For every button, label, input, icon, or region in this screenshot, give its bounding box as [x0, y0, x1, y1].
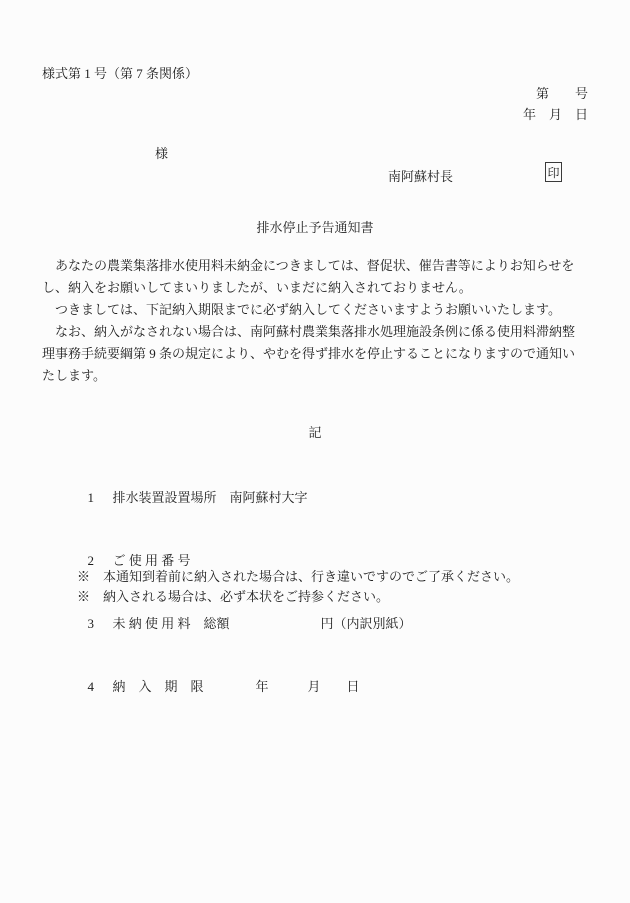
- body-line: なお、納入がなされない場合は、南阿蘇村農業集落排水処理施設条例に係る使用料滞納整: [42, 321, 594, 343]
- note-line: ※ 納入される場合は、必ず本状をご持参ください。: [77, 587, 519, 607]
- document-number: 第 号: [536, 86, 588, 102]
- seal-box: 印: [545, 162, 562, 182]
- note-line: ※ 本通知到着前に納入された場合は、行き違いですのでご了承ください。: [77, 567, 519, 587]
- form-number: 様式第 1 号（第 7 条関係）: [42, 66, 198, 82]
- record-item-number: 1: [88, 487, 113, 508]
- body-line: つきましては、下記納入期限までに必ず納入してくださいますようお願いいたします。: [42, 299, 594, 321]
- record-item: 4納 入 期 限 年 月 日: [68, 655, 412, 718]
- record-item-text: 排水装置設置場所 南阿蘇村大字: [113, 490, 308, 505]
- record-heading: 記: [0, 425, 630, 441]
- footnotes: ※ 本通知到着前に納入された場合は、行き違いですのでご了承ください。 ※ 納入さ…: [77, 567, 519, 607]
- body-line: 理事務手続要綱第 9 条の規定により、やむを得ず排水を停止することになりますので…: [42, 343, 594, 365]
- record-item-text: 納 入 期 限 年 月 日: [113, 679, 360, 694]
- body-paragraph: あなたの農業集落排水使用料未納金につきましては、督促状、催告書等によりお知らせを…: [42, 255, 594, 387]
- record-item-text: ご 使 用 番 号: [113, 553, 191, 568]
- sender-title: 南阿蘇村長: [388, 169, 453, 185]
- seal-label: 印: [547, 164, 559, 181]
- body-line: し、納入をお願いしてまいりましたが、いまだに納入されておりません。: [42, 277, 594, 299]
- recipient-suffix: 様: [155, 146, 168, 162]
- issue-date: 年 月 日: [523, 107, 588, 123]
- record-item-number: 4: [88, 676, 113, 697]
- record-item: 1排水装置設置場所 南阿蘇村大字: [68, 466, 412, 529]
- body-line: たします。: [42, 365, 594, 387]
- document-title: 排水停止予告通知書: [0, 220, 630, 236]
- document-page: 様式第 1 号（第 7 条関係） 第 号 年 月 日 様 南阿蘇村長 印 排水停…: [0, 0, 630, 903]
- body-line: あなたの農業集落排水使用料未納金につきましては、督促状、催告書等によりお知らせを: [42, 255, 594, 277]
- record-item-text: 未 納 使 用 料 総額 円（内訳別紙）: [113, 616, 412, 631]
- record-item-number: 3: [88, 613, 113, 634]
